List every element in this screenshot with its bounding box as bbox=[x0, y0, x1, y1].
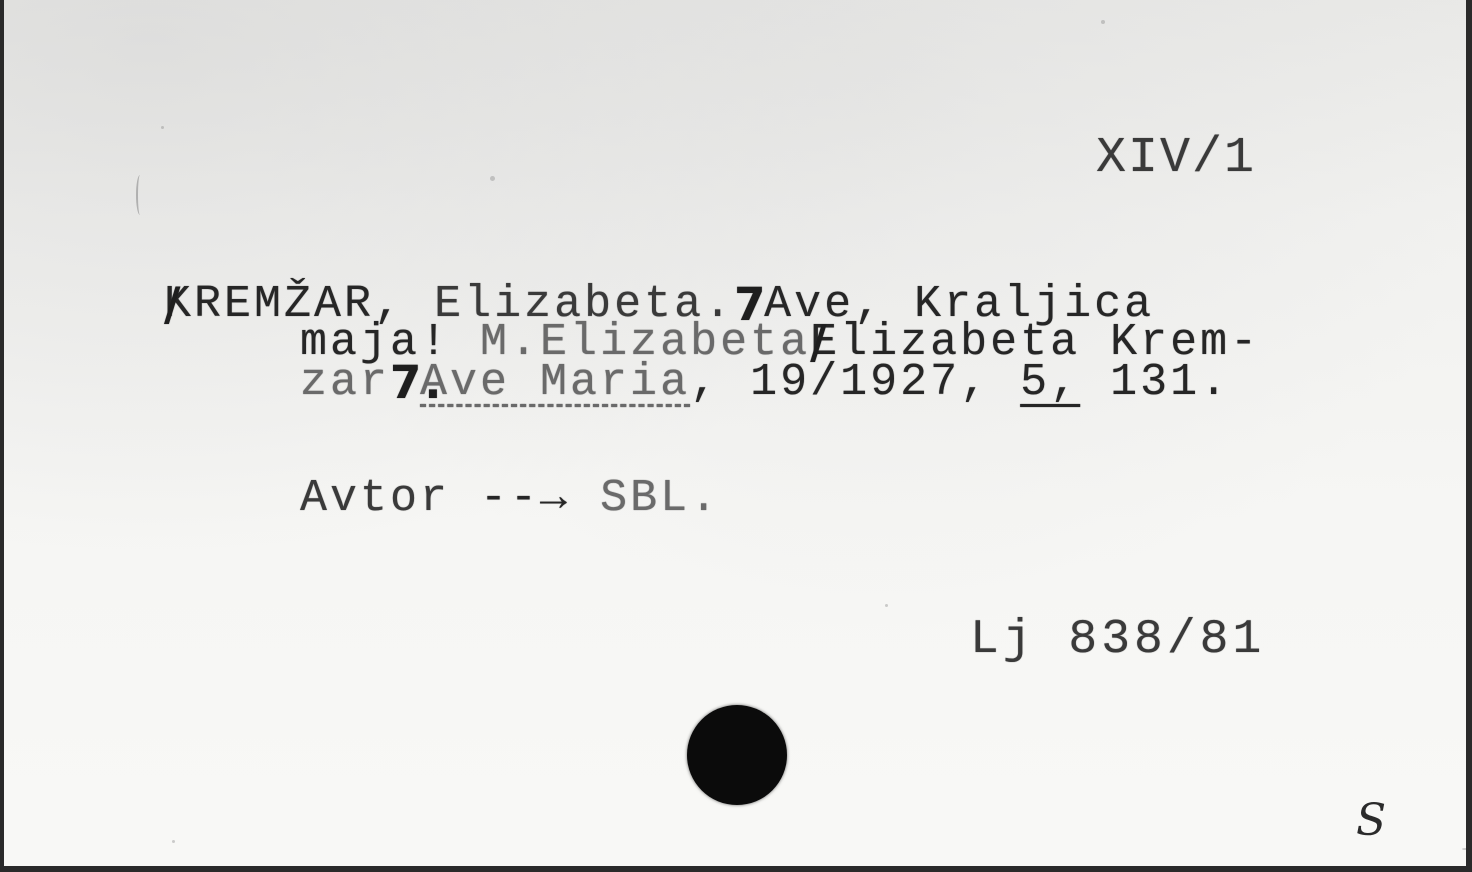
handwritten-mark: S bbox=[1356, 795, 1386, 846]
bracket-open-mark: / bbox=[164, 282, 183, 327]
paper-scratch bbox=[136, 175, 144, 215]
paper-speck bbox=[172, 840, 175, 843]
call-number: XIV/1 bbox=[1096, 134, 1256, 184]
bracket-close-mark: 7. bbox=[390, 360, 444, 405]
arrow-icon: --→ bbox=[480, 473, 570, 524]
volume-year: , 19/1927, bbox=[690, 357, 1020, 408]
accession-number: Lj 838/81 bbox=[970, 616, 1265, 664]
page-number: 131. bbox=[1080, 357, 1230, 408]
paper-speck bbox=[490, 176, 495, 181]
punch-hole bbox=[687, 705, 787, 805]
entry-line-3: zar7. Ave Maria, 19/1927, 5, 131. bbox=[300, 360, 1230, 405]
real-name-end: zar bbox=[300, 357, 390, 408]
paper-speck bbox=[885, 604, 888, 607]
issue-number: 5, bbox=[1020, 357, 1080, 408]
paper-speck bbox=[1462, 848, 1466, 850]
paper-speck bbox=[1101, 20, 1105, 24]
catalog-card: XIV/1 /KREMŽAR, Elizabeta.7 Ave, Kraljic… bbox=[4, 0, 1466, 866]
journal-title: Ave Maria bbox=[420, 357, 690, 408]
cross-reference: Avtor --→ SBL. bbox=[300, 476, 720, 521]
paper-speck bbox=[161, 126, 164, 129]
reference-target: SBL. bbox=[600, 473, 720, 524]
reference-label: Avtor bbox=[300, 473, 450, 524]
